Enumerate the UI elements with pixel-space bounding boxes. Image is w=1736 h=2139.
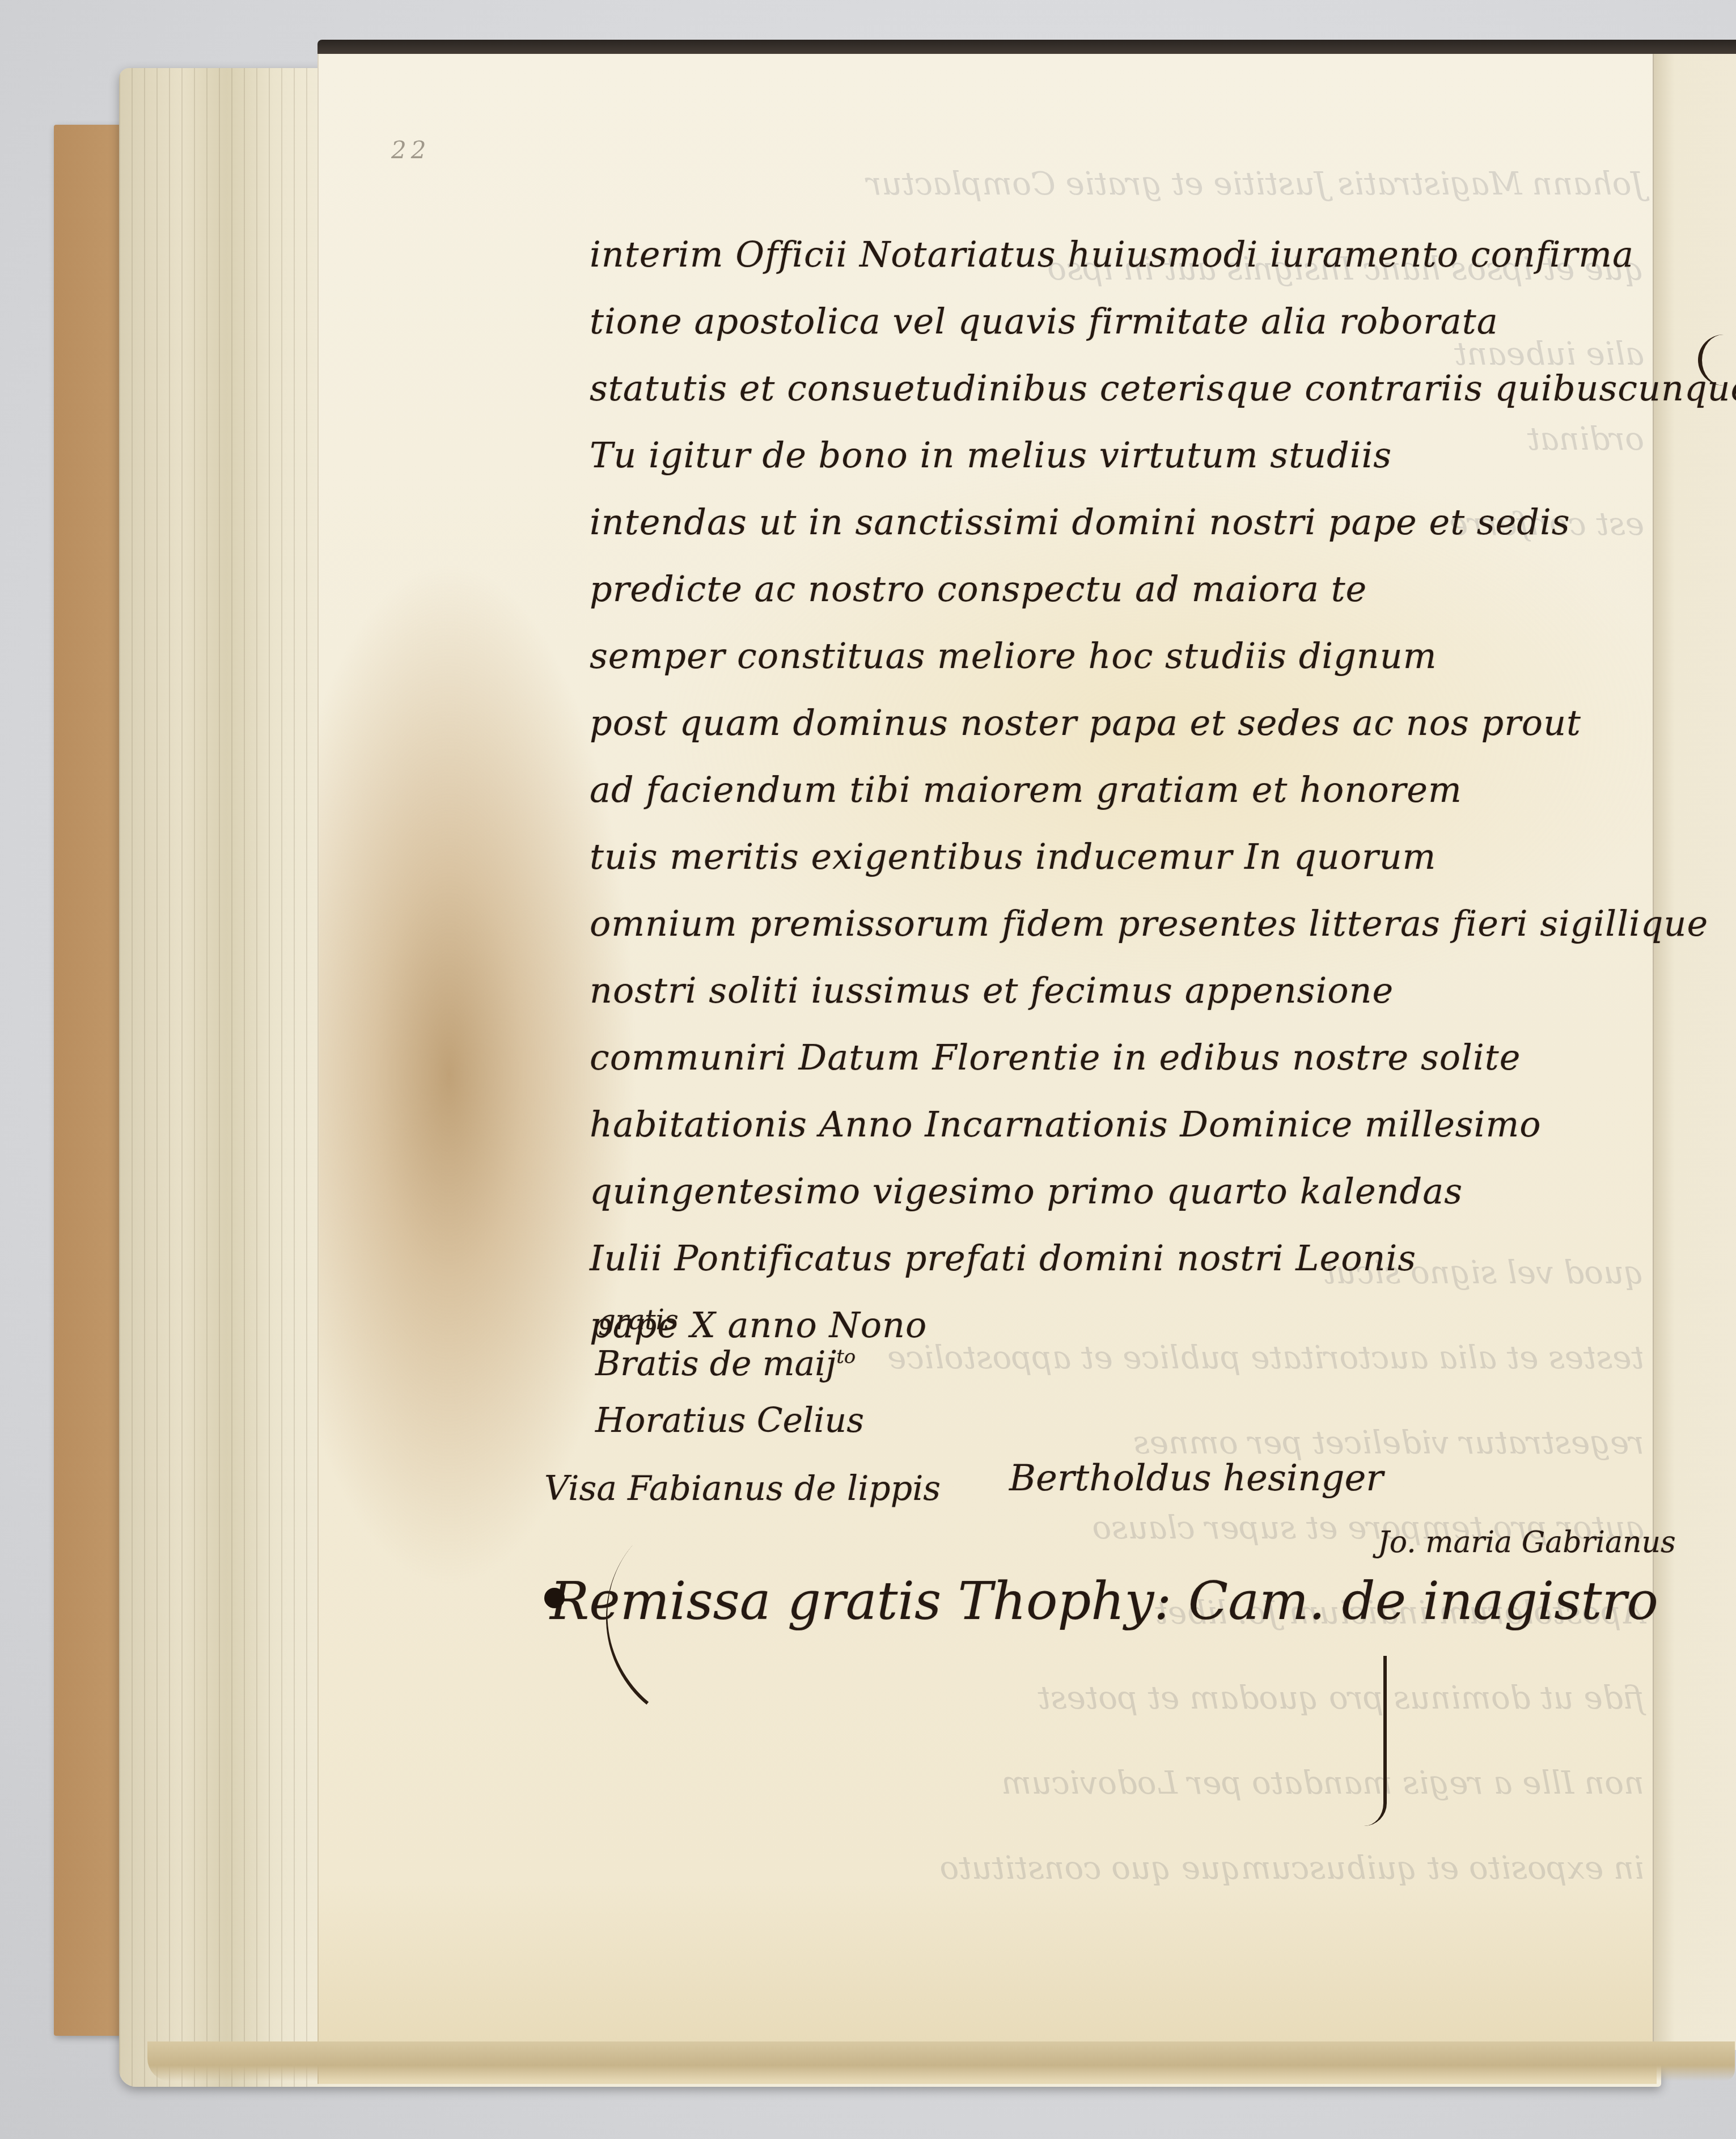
subscription-jo-maria-gabrianus: Jo. maria Gabrianus <box>1378 1525 1676 1559</box>
text-line: omnium premissorum fidem presentes litte… <box>590 890 1667 957</box>
bottom-ragged-edge <box>147 2041 1735 2081</box>
text-line: Tu igitur de bono in melius virtutum stu… <box>590 422 1667 489</box>
text-line: Iulii Pontificatus prefati domini nostri… <box>590 1225 1667 1292</box>
text-line: predicte ac nostro conspectu ad maiora t… <box>590 556 1667 623</box>
bleed-line: non Ille a regis mandato per Lodovicum <box>510 1741 1644 1826</box>
subscription-name: Bratis de maij <box>595 1344 836 1384</box>
text-line: post quam dominus noster papa et sedes a… <box>590 690 1667 756</box>
text-line: interim Officii Notariatus huiusmodi iur… <box>590 221 1667 288</box>
text-line: statutis et consuetudinibus ceterisque c… <box>590 355 1667 422</box>
bleed-line: in exposito et quibuscumque quo constitu… <box>510 1826 1644 1911</box>
text-line: tione apostolica vel quavis firmitate al… <box>590 288 1667 355</box>
bleed-line: fide ut dominus pro quodam et potest <box>510 1656 1644 1741</box>
text-line: habitationis Anno Incarnationis Dominice… <box>590 1091 1667 1158</box>
folio-number: 22 <box>391 136 430 164</box>
subscription-line-horatius: Horatius Celius <box>595 1401 864 1440</box>
text-line: communiri Datum Florentie in edibus nost… <box>590 1024 1667 1091</box>
ink-blot <box>544 1588 565 1608</box>
subscription-line-bratis: Bratis de maijto <box>595 1344 856 1384</box>
subscription-bertholdus: Bertholdus hesinger <box>1009 1457 1383 1499</box>
text-line: nostri soliti iussimus et fecimus appens… <box>590 957 1667 1024</box>
text-line: ad faciendum tibi maiorem gratiam et hon… <box>590 756 1667 823</box>
bleed-line: Johann Magistratis Justitie et gratie Co… <box>454 142 1644 227</box>
superscript-note: to <box>836 1346 856 1368</box>
subscription-visa-fabianus: Visa Fabianus de lippis <box>544 1469 941 1508</box>
signature-descender-flourish <box>1361 1656 1387 1826</box>
text-line: semper constituas meliore hoc studiis di… <box>590 623 1667 690</box>
gratis-note: gratis <box>598 1304 679 1336</box>
subscription-remissa-gratis: Remissa gratis Thophy: Cam. de inagistro <box>550 1571 1658 1631</box>
text-line: intendas ut in sanctissimi domini nostri… <box>590 489 1667 556</box>
text-line: tuis meritis exigentibus inducemur In qu… <box>590 823 1667 890</box>
main-text-block: interim Officii Notariatus huiusmodi iur… <box>590 221 1667 1359</box>
text-line: quingentesimo vigesimo primo quarto kale… <box>590 1158 1667 1225</box>
